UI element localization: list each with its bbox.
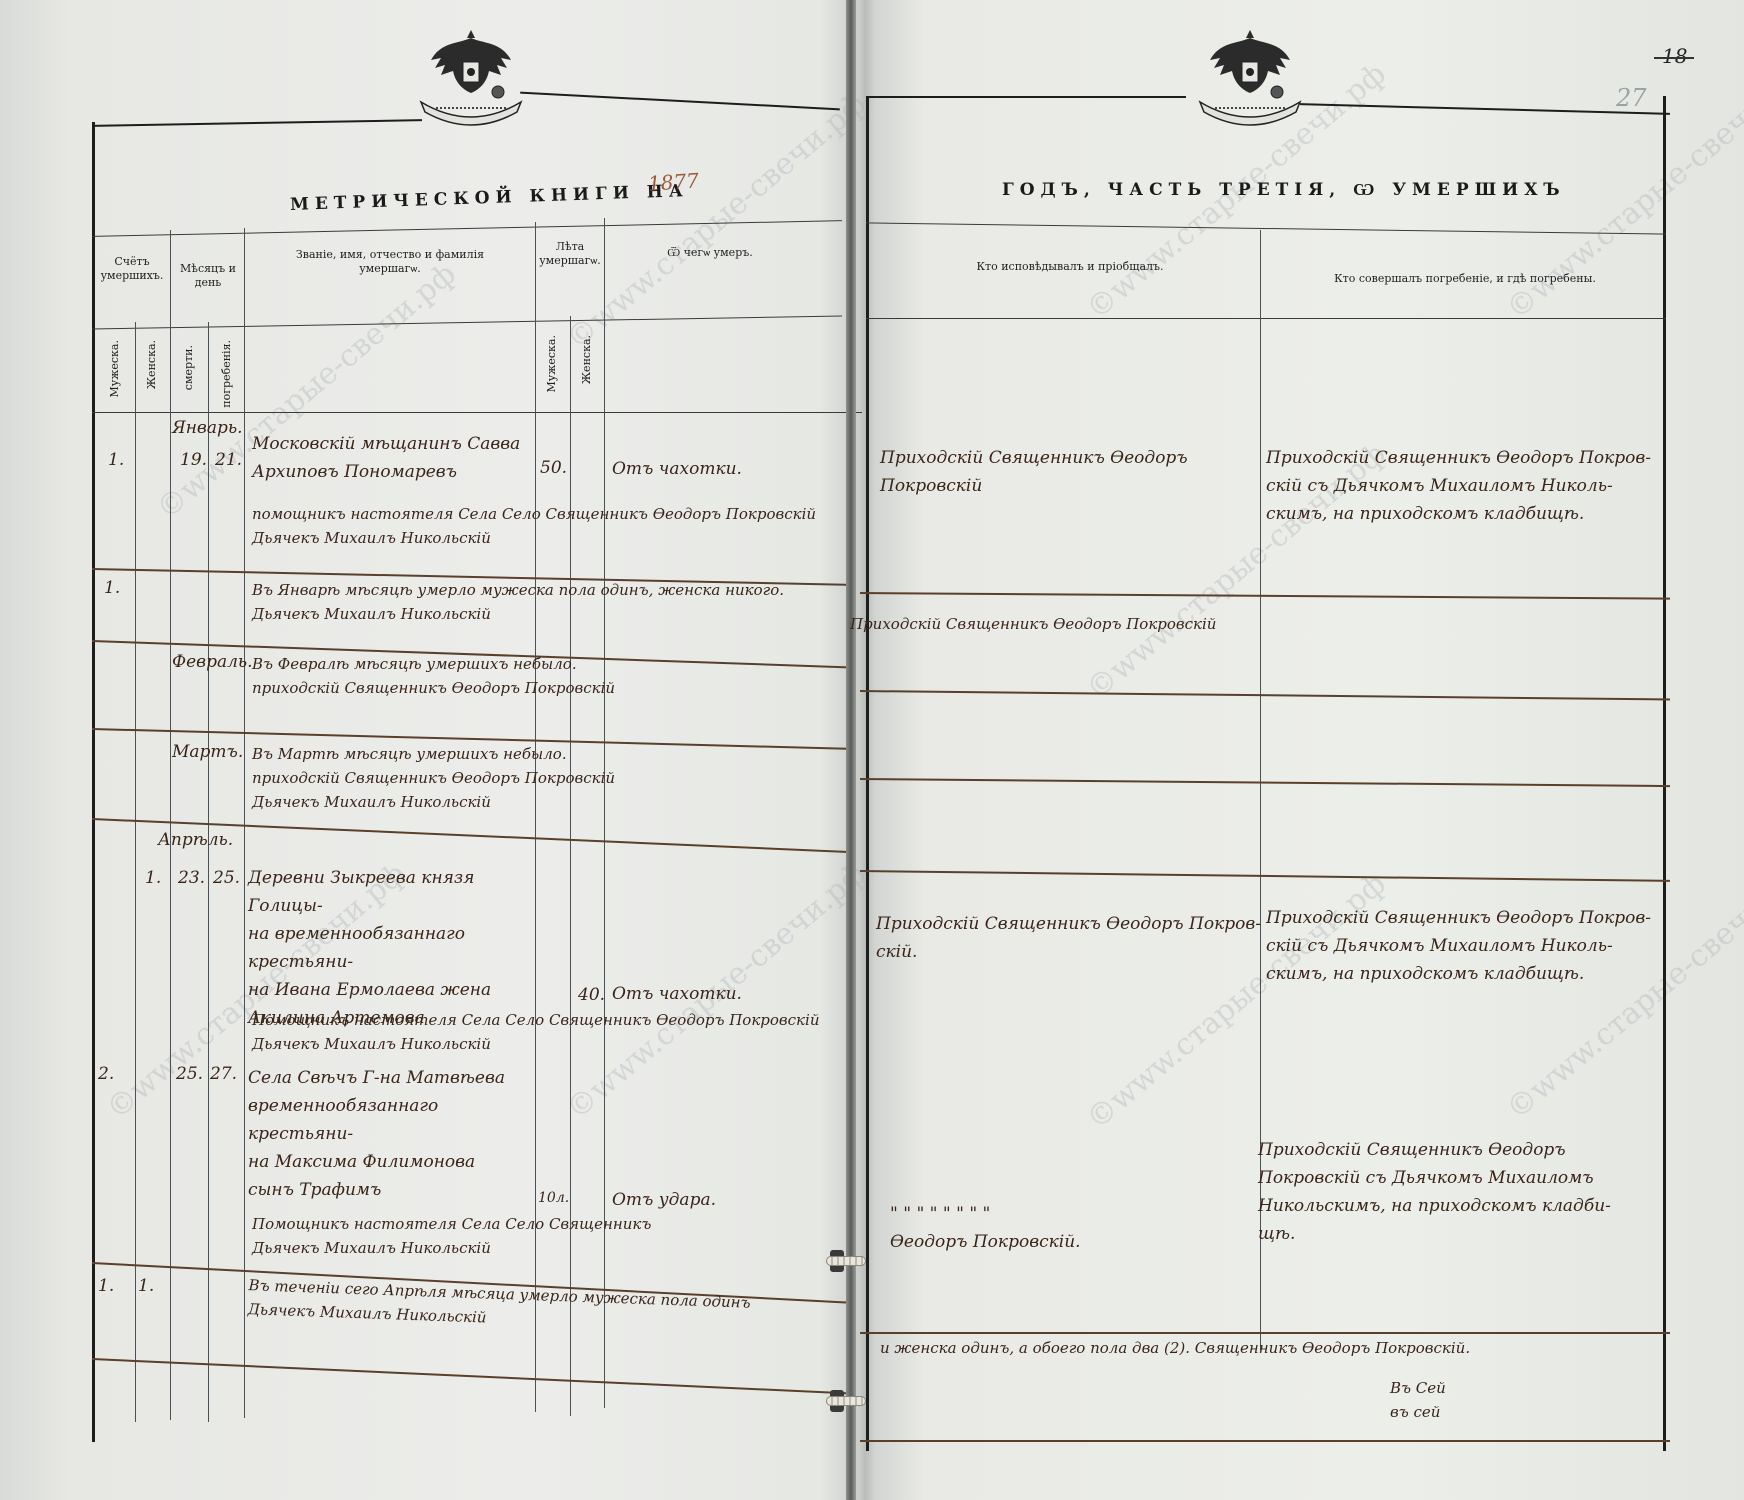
entry-male-count: 2. xyxy=(98,1064,114,1084)
entry-month: Апрѣль. xyxy=(158,830,233,850)
april-summary-right: и женска одинъ, а обоего пола два (2). С… xyxy=(880,1336,1680,1360)
handwritten-year: 1877 xyxy=(647,168,699,195)
header-cause: Ѿ чегѡ умеръ. xyxy=(620,246,800,260)
open-register-book: ©www.старые-свечи.рф ©www.старые-свечи.р… xyxy=(0,0,1744,1500)
column-line xyxy=(135,322,136,1422)
january-summary-right: Приходскій Священникъ Ѳеодоръ Покровскій xyxy=(850,612,1300,636)
summary-female-count: 1. xyxy=(138,1276,154,1296)
header-confessor: Кто исповѣдывалъ и пріобщалъ. xyxy=(890,260,1250,274)
entry-burial-day: 21. xyxy=(215,450,242,470)
double-headed-eagle-emblem-icon xyxy=(416,22,526,132)
entry-burial-day: 27. xyxy=(210,1064,237,1084)
header-age-male: Мужеска. xyxy=(545,335,558,392)
entry-cause: Отъ чахотки. xyxy=(612,980,852,1008)
folio-number-old: 27 xyxy=(1616,84,1647,112)
march-summary: Въ Мартѣ мѣсяцѣ умершихъ небыло. приходс… xyxy=(252,742,812,814)
header-month-day: Мѣсяцъ и день xyxy=(172,262,244,291)
folio-strike xyxy=(1654,57,1694,59)
entry-separator xyxy=(860,1332,1670,1334)
entry-burial-by: Приходскій Священникъ Ѳеодоръ Покров- ск… xyxy=(1266,904,1666,988)
top-rule xyxy=(520,92,840,111)
column-line xyxy=(170,230,171,1420)
header-age: Лѣта умершагѡ. xyxy=(537,240,603,269)
entry-burial-day: 25. xyxy=(213,868,240,888)
header-death-date: смерти. xyxy=(182,345,195,390)
folio-number: 18 xyxy=(1662,44,1687,68)
page-title-right: ГОДЪ, ЧАСТЬ ТРЕТІЯ, Ѡ УМЕРШИХЪ xyxy=(1002,180,1566,200)
header-burial-by: Кто совершалъ погребеніе, и гдѣ погребен… xyxy=(1270,272,1660,286)
entry-month: Январь. xyxy=(172,418,243,438)
entry-male-count: 1. xyxy=(145,868,161,888)
header-age-female: Женска. xyxy=(580,335,593,384)
entry-age: 50. xyxy=(540,458,567,478)
entry-confessor: " " " " " " " " Ѳеодоръ Покровскій. xyxy=(890,1200,1260,1256)
january-summary: Въ Январѣ мѣсяцѣ умерло мужеска пола оди… xyxy=(252,578,872,626)
entry-cause: Отъ удара. xyxy=(612,1186,852,1214)
entry-male-count: 1. xyxy=(108,450,124,470)
header-rule xyxy=(866,318,1666,319)
entry-burial-by: Приходскій Священникъ Ѳеодоръ Покров- ск… xyxy=(1266,444,1666,528)
header-burial-date: погребенія. xyxy=(220,340,233,408)
signature: Въ Сей въ сей xyxy=(1390,1376,1510,1424)
february-summary: Въ Февралѣ мѣсяцѣ умершихъ небыло. прихо… xyxy=(252,652,812,700)
entry-month: Февраль. xyxy=(172,652,253,672)
header-count-male: Мужеска. xyxy=(108,340,121,397)
top-rule xyxy=(866,96,1186,98)
entry-age: 10л. xyxy=(538,1190,569,1206)
right-page: 18 27 ГОДЪ, ЧАСТЬ ТРЕТІЯ, Ѡ УМЕРШИХЪ Кто… xyxy=(850,0,1744,1500)
entry-deceased-name: Деревни Зыкреева князя Голицы- на времен… xyxy=(248,864,548,1032)
entry-cause: Отъ чахотки. xyxy=(612,455,852,483)
entry-death-day: 23. xyxy=(178,868,205,888)
double-headed-eagle-emblem-icon xyxy=(1195,22,1305,132)
entry-age: 40. xyxy=(578,985,605,1005)
entry-death-day: 25. xyxy=(176,1064,203,1084)
summary-male-count: 1. xyxy=(98,1276,114,1296)
left-page: МЕТРИЧЕСКОЙ КНИГИ НА 1877 Счётъ умершихъ… xyxy=(0,0,860,1500)
entry-separator xyxy=(860,1440,1670,1442)
summary-male-count: 1. xyxy=(104,578,120,598)
header-name: Званіе, имя, отчество и фамилія умершагѡ… xyxy=(270,248,510,277)
header-count-female: Женска. xyxy=(145,340,158,389)
entry-burial-by: Приходскій Священникъ Ѳеодоръ Покровскій… xyxy=(1258,1136,1658,1248)
header-count: Счётъ умершихъ. xyxy=(94,255,170,284)
entry-month: Мартъ. xyxy=(172,742,243,762)
entry-death-day: 19. xyxy=(180,450,207,470)
entry-confessor: Приходскій Священникъ Ѳеодоръ Покровскій xyxy=(880,444,1260,500)
entry-note: Помощникъ настоятеля Села Село Священник… xyxy=(252,1212,852,1260)
column-line xyxy=(244,228,245,1418)
entry-deceased-name: Села Свѣчъ Г-на Матвѣева временнообязанн… xyxy=(248,1064,548,1204)
column-line xyxy=(208,322,209,1422)
entry-deceased-name: Московскій мѣщанинъ Савва Архиповъ Поном… xyxy=(252,430,542,486)
entry-confessor: Приходскій Священникъ Ѳеодоръ Покров- ск… xyxy=(876,910,1266,966)
